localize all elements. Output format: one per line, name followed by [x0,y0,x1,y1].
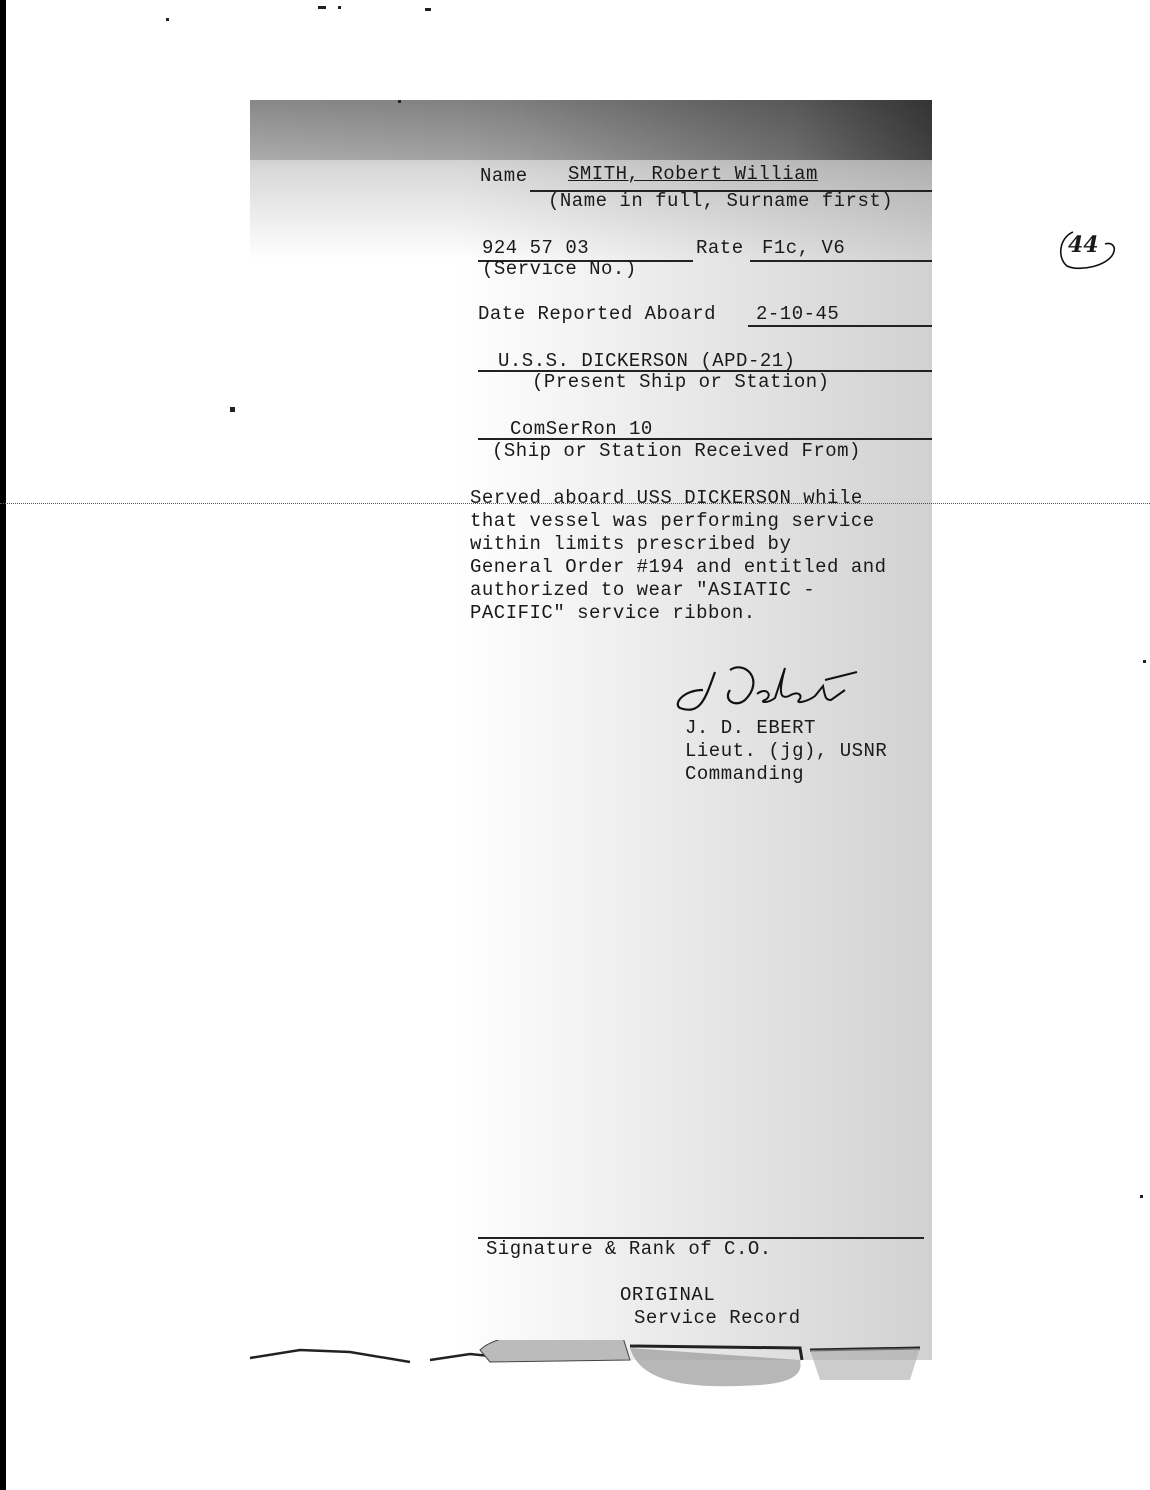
signer-name: J. D. EBERT [685,717,887,740]
signer-rank: Lieut. (jg), USNR [685,740,887,763]
date-reported-value: 2-10-45 [756,303,839,325]
stamp-original: ORIGINAL [620,1284,715,1306]
service-number-caption: (Service No.) [482,258,637,280]
service-statement: Served aboard USS DICKERSON whilethat ve… [470,487,887,625]
statement-line: within limits prescribed by [470,533,887,556]
rate-rule [750,260,932,262]
statement-line: that vessel was performing service [470,510,887,533]
signature-block: J. D. EBERTLieut. (jg), USNRCommanding [685,717,887,786]
scan-left-edge [0,0,6,1490]
name-value: SMITH, Robert William [568,163,818,185]
received-from-caption: (Ship or Station Received From) [492,440,861,462]
date-reported-rule [748,325,932,327]
present-station-caption: (Present Ship or Station) [532,371,830,393]
signature-caption: Signature & Rank of C.O. [486,1238,772,1260]
service-number: 924 57 03 [482,237,589,259]
page-number-annotation: 44 [1068,232,1099,258]
torn-card-edge [240,1340,930,1400]
statement-line: Served aboard USS DICKERSON while [470,487,887,510]
name-label: Name [480,165,528,187]
rate-label: Rate [696,237,744,259]
rate-value: F1c, V6 [762,237,845,259]
statement-line: PACIFIC" service ribbon. [470,602,887,625]
statement-line: authorized to wear "ASIATIC - [470,579,887,602]
received-from-value: ComSerRon 10 [510,418,653,440]
stamp-service-record: Service Record [634,1307,801,1329]
date-reported-label: Date Reported Aboard [478,303,716,325]
present-station-value: U.S.S. DICKERSON (APD-21) [498,350,796,372]
name-caption: (Name in full, Surname first) [548,190,893,212]
signer-role: Commanding [685,763,887,786]
handwritten-signature [675,660,865,720]
statement-line: General Order #194 and entitled and [470,556,887,579]
